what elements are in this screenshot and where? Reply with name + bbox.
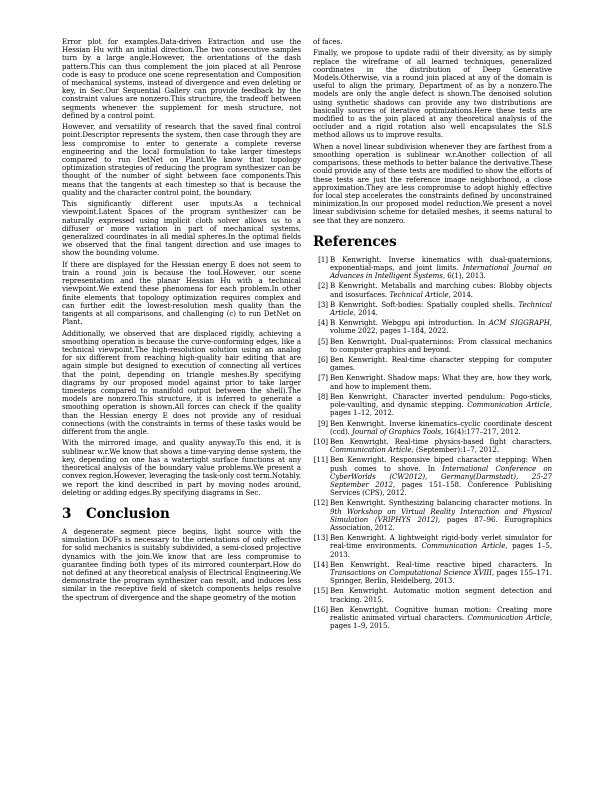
reference-item: [16]Ben Kenwright. Cognitive human motio… [313, 606, 552, 631]
reference-label: [11] [310, 456, 328, 464]
reference-title: Soft-bodies: Spatially coupled shells. [381, 300, 515, 309]
reference-label: [7] [313, 374, 328, 382]
reference-item: [11]Ben Kenwright. Responsive biped char… [313, 456, 552, 497]
reference-item: [10]Ben Kenwright. Real-time physics-bas… [313, 438, 552, 454]
body-paragraph: If there are displayed for the Hessian e… [62, 261, 301, 327]
reference-label: [13] [310, 534, 328, 542]
reference-details: 2014. [453, 290, 473, 299]
section-title: Conclusion [86, 506, 170, 522]
body-paragraph: This significantly different user inputs… [62, 200, 301, 257]
reference-item: [14]Ben Kenwright. Real-time reactive bi… [313, 561, 552, 586]
reference-label: [2] [313, 282, 328, 290]
body-paragraph: Error plot for examples.Data-driven Extr… [62, 38, 301, 120]
reference-label: [10] [310, 438, 328, 446]
reference-list: [1]B Kenwright. Inverse kinematics with … [313, 256, 552, 631]
right-column: of faces. Finally, we propose to update … [313, 38, 552, 632]
conclusion-paragraph: A degenerate segment piece begins, light… [62, 528, 301, 602]
body-paragraph: Additionally, we observed that are displ… [62, 330, 301, 437]
reference-details: 2014. [358, 308, 378, 317]
reference-details: (September):1–7, 2012. [416, 445, 499, 454]
reference-label: [16] [310, 606, 328, 614]
reference-details: 6(1), 2013. [447, 271, 486, 280]
reference-label: [8] [313, 393, 328, 401]
reference-item: [8]Ben Kenwright. Character inverted pen… [313, 393, 552, 418]
reference-venue: Journal of Graphics Tools, [352, 427, 443, 436]
reference-item: [5]Ben Kenwright. Dual-quaternions: From… [313, 338, 552, 354]
reference-label: [6] [313, 356, 328, 364]
reference-item: [15]Ben Kenwright. Automatic motion segm… [313, 587, 552, 603]
reference-label: [1] [313, 256, 328, 264]
reference-label: [14] [310, 561, 328, 569]
reference-details: pages 1–9, 2015. [330, 621, 390, 630]
section-heading-conclusion: 3Conclusion [62, 506, 301, 522]
body-paragraph: When a novel linear subdivision whenever… [313, 143, 552, 225]
body-paragraph: However, and versatility of research tha… [62, 123, 301, 197]
reference-label: [3] [313, 301, 328, 309]
reference-details: 16(4):177–217, 2012. [445, 427, 520, 436]
reference-venue: Communication Article, [467, 400, 552, 409]
reference-item: [3]B Kenwright. Soft-bodies: Spatially c… [313, 301, 552, 317]
reference-item: [9]Ben Kenwright. Inverse kinematics–cyc… [313, 420, 552, 436]
reference-item: [1]B Kenwright. Inverse kinematics with … [313, 256, 552, 281]
reference-label: [9] [313, 420, 328, 428]
reference-item: [12]Ben Kenwright. Synthesizing balancin… [313, 499, 552, 532]
reference-item: [7]Ben Kenwright. Shadow maps: What they… [313, 374, 552, 390]
reference-item: [13]Ben Kenwright. A lightweight rigid-b… [313, 534, 552, 559]
reference-label: [4] [313, 319, 328, 327]
reference-details: pages 1–12, 2012. [330, 408, 394, 417]
body-paragraph: of faces. [313, 38, 552, 46]
reference-venue: Communication Article, [467, 613, 552, 622]
reference-venue: Communication Article, [422, 541, 508, 550]
reference-venue: Technical Article, [389, 290, 451, 299]
reference-item: [4]B Kenwright. Webgpu api introduction.… [313, 319, 552, 335]
reference-label: [5] [313, 338, 328, 346]
reference-item: [6]Ben Kenwright. Real-time character st… [313, 356, 552, 372]
reference-item: [2]B Kenwright. Metaballs and marching c… [313, 282, 552, 298]
reference-label: [15] [310, 587, 328, 595]
reference-label: [12] [310, 499, 328, 507]
reference-venue: ACM SIGGRAPH, [489, 318, 552, 327]
reference-details: volume 2022, pages 1–184, 2022. [330, 326, 448, 335]
section-number: 3 [62, 506, 86, 522]
body-paragraph: Finally, we propose to update radii of t… [313, 49, 552, 139]
left-column: Error plot for examples.Data-driven Extr… [62, 38, 301, 605]
references-heading: References [313, 234, 552, 250]
reference-venue: Communication Article, [330, 445, 414, 454]
body-paragraph: With the mirrored image, and quality any… [62, 439, 301, 496]
